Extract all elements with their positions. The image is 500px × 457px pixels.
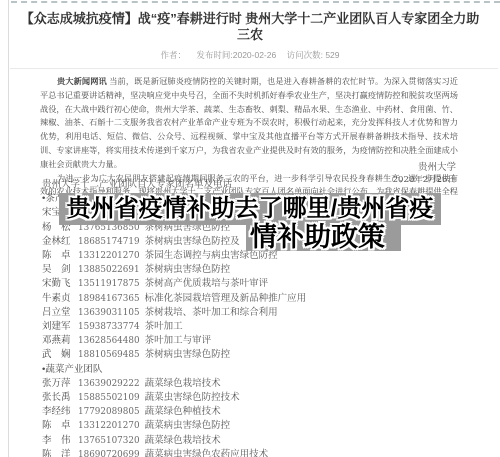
expert-specialty: 蔬菜绿色栽培技术 (145, 435, 221, 446)
expert-name: 陈 卓 (42, 419, 78, 433)
expert-name: 张长禹 (42, 391, 78, 405)
header-divider (10, 68, 498, 69)
expert-name: 陈 卓 (42, 249, 78, 263)
expert-specialty: 蔬菜病虫害绿色防控 (145, 420, 231, 431)
expert-row: 牛素贞18984167365标准化茶园栽培管理及新品种推广应用 (42, 292, 464, 306)
expert-row: 张万萍13639029222蔬菜绿色栽培技术 (42, 377, 464, 391)
expert-name: 张万萍 (42, 377, 78, 391)
expert-list-title: 贵州大学十二产业团队百人专家团名单及电话 (42, 178, 464, 192)
expert-row: 陈 卓13312201270蔬菜病虫害绿色防控 (42, 419, 464, 433)
expert-row: 邓燕莉13628564480茶叶加工与审评 (42, 334, 464, 348)
headline-overlay-line1: 贵州省疫情补助去了哪里/贵州省疫 (59, 193, 442, 225)
expert-name: 吴 剑 (42, 263, 78, 277)
expert-phone: 13628564480 (78, 336, 140, 346)
meta-publish-date: 发布时间:2020-02-26 (196, 50, 276, 60)
meta-visit-count: 访问次数: 529 (287, 50, 340, 60)
expert-specialty: 茶叶加工 (145, 321, 183, 332)
team-heading-1: •蔬菜产业团队 (42, 363, 464, 377)
article-title: 【众志成城抗疫情】战“疫”春耕进行时 贵州大学十二产业团队百人专家团全力助三农 (20, 11, 480, 43)
expert-phone: 13639031105 (78, 308, 140, 318)
headline-overlay: 贵州省疫情补助去了哪里/贵州省疫 情补助政策 (0, 193, 500, 251)
expert-name: 陈 洋 (42, 448, 78, 457)
expert-specialty: 茶树病虫害绿色防控 (145, 264, 231, 275)
expert-name: 宋勤飞 (42, 277, 78, 291)
expert-row: 宋勤飞13511917875茶树高产优质栽培与茶叶审评 (42, 277, 464, 291)
expert-row: 吕立堂13639031105茶树栽培、茶叶加工和综合利用 (42, 306, 464, 320)
expert-specialty: 标准化茶园栽培管理及新品种推广应用 (145, 293, 307, 304)
expert-phone: 13312201270 (78, 251, 140, 261)
expert-phone: 18690720699 (78, 450, 140, 457)
expert-row: 刘建军15938733774茶叶加工 (42, 320, 464, 334)
expert-phone: 13639029222 (78, 379, 140, 389)
headline-overlay-line2: 情补助政策 (246, 223, 401, 251)
expert-specialty: 蔬菜病虫害绿色农药应用技术 (145, 449, 269, 457)
expert-name: 李 伟 (42, 434, 78, 448)
expert-row: 陈 洋18690720699蔬菜病虫害绿色农药应用技术 (42, 448, 464, 457)
expert-phone: 15938733774 (78, 322, 140, 332)
expert-row: 李 伟13765107320蔬菜绿色栽培技术 (42, 434, 464, 448)
expert-name: 牛素贞 (42, 292, 78, 306)
paragraph-1-text: 当前，既是新冠肺炎疫情防控的关键时期，也是进入春耕备耕的农忙时节。为深入贯彻落实… (40, 77, 458, 169)
expert-row: 李经纬17792089805蔬菜绿色种植技术 (42, 405, 464, 419)
paragraph-1: 贵大新闻网讯 当前，既是新冠肺炎疫情防控的关键时期，也是进入春耕备耕的农忙时节。… (40, 75, 458, 172)
signature: 贵州大学 (418, 159, 456, 173)
expert-specialty: 蔬菜虫害绿色防控技术 (145, 392, 240, 403)
expert-phone: 13885022691 (78, 265, 140, 275)
expert-specialty: 茶树栽培、茶叶加工和综合利用 (145, 307, 278, 318)
expert-specialty: 蔬菜绿色栽培技术 (145, 378, 221, 389)
expert-row: 武 娴18810569485茶树病虫害绿色防控 (42, 348, 464, 362)
article-meta: 作者： 发布时间:2020-02-26 访问次数: 529 (20, 49, 480, 61)
expert-name: 武 娴 (42, 348, 78, 362)
expert-name: 邓燕莉 (42, 334, 78, 348)
expert-name: 李经纬 (42, 405, 78, 419)
expert-specialty: 茶树高产优质栽培与茶叶审评 (145, 278, 269, 289)
expert-name: 刘建军 (42, 320, 78, 334)
expert-phone: 17792089805 (78, 407, 140, 417)
news-agency-lead: 贵大新闻网讯 (57, 77, 107, 86)
expert-phone: 18810569485 (78, 350, 140, 360)
expert-specialty: 茶树病虫害绿色防控 (145, 349, 231, 360)
expert-phone: 13765107320 (78, 436, 140, 446)
top-dashed-border (11, 1, 500, 3)
expert-phone: 13511917875 (78, 279, 140, 289)
expert-row: 张长禹15885502109蔬菜虫害绿色防控技术 (42, 391, 464, 405)
meta-author: 作者： (160, 50, 186, 60)
expert-phone: 18984167365 (78, 294, 140, 304)
expert-specialty: 茶叶加工与审评 (145, 335, 212, 346)
expert-row: 吴 剑13885022691茶树病虫害绿色防控 (42, 263, 464, 277)
headline-overlay-line2-wrap: 情补助政策 (0, 223, 500, 251)
expert-name: 吕立堂 (42, 306, 78, 320)
expert-phone: 13312201270 (78, 421, 140, 431)
expert-phone: 15885502109 (78, 393, 140, 403)
article-header: 【众志成城抗疫情】战“疫”春耕进行时 贵州大学十二产业团队百人专家团全力助三农 … (0, 11, 500, 61)
expert-specialty: 蔬菜绿色种植技术 (145, 406, 221, 417)
